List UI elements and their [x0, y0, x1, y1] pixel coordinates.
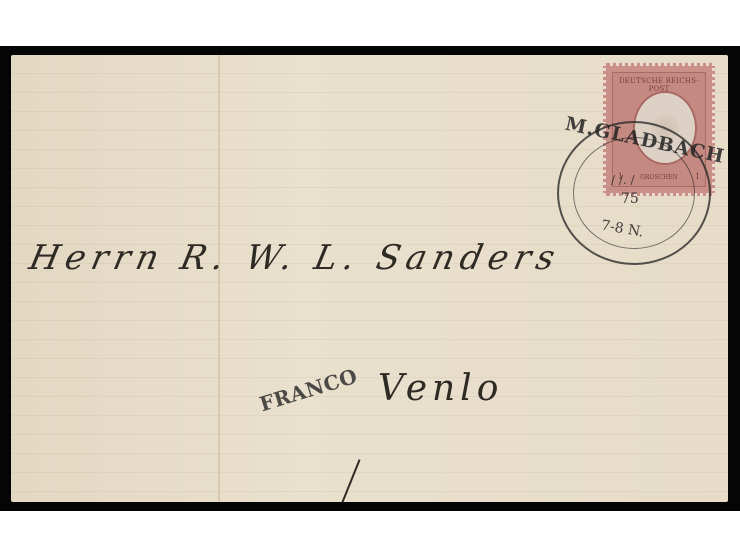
postmark-cancel: M.GLADBACH / /. / 75 7-8 N. — [557, 121, 711, 265]
address-city: Venlo — [378, 368, 503, 409]
postmark-year: 75 — [621, 191, 639, 207]
postmark-date-marks: / /. / — [611, 173, 635, 187]
address-recipient: Herrn R. W. L. Sanders — [26, 238, 565, 278]
fold-line — [218, 55, 220, 502]
